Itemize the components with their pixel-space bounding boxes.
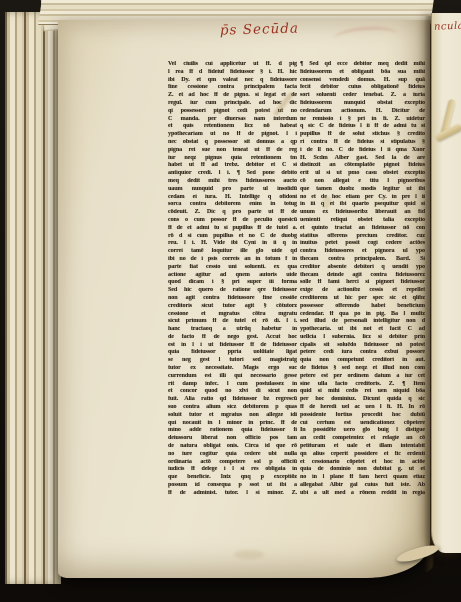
text-line: non agit contra fideiussore fine cessiöe — [168, 295, 297, 303]
text-line: mino adde rationem quia fideiussor fi — [168, 427, 297, 435]
text-line: fuit. Alia ratio qd fideiussor bz regres… — [168, 396, 297, 404]
text-line: que beneficie. Intz qnq p exceptiöz — [168, 474, 297, 482]
running-title: p̄s Secūda — [220, 19, 341, 48]
text-line: ibi no de i psis correis an in totum f i… — [168, 256, 297, 264]
text-line: qui nocauit in l minor in princ. ff de — [168, 420, 297, 428]
text-line: creditor absente debitori q uendit ypo — [300, 264, 425, 272]
text-line: solle ff fami herci si pignori fideiusso… — [300, 279, 425, 287]
text-line: uenienti reliqui obstet talia exceptio — [300, 217, 425, 225]
text-line: iudicis ff delege i l si res obligata in — [168, 466, 297, 474]
text-line: meq dedit mihi tres fideiussores aucto — [168, 178, 297, 186]
text-line: ordinaria actö competere sol p officiü — [168, 459, 297, 467]
text-line: que tamen duobz modis legitur ut ibi — [300, 186, 425, 194]
text-line: Z. et ad hoc ff de pigno. si legat et de — [168, 92, 297, 100]
text-line: iur neqz pignus quia retentionem tm — [168, 155, 297, 163]
text-line: et cessionario cöpetet et hoc in actöe — [300, 459, 425, 467]
text-line: cipalis sit soluëdo fideiussor nö potest — [300, 342, 425, 350]
text-line: ibi Dy. et qm valeat nec q fideiussore — [168, 77, 297, 85]
text-line: se neg gest l tutori sed magistratg — [168, 357, 297, 365]
text-line: possum id consequa p ssot ut ibi a — [168, 482, 297, 490]
text-line: no iure cogitur quia cedere ubi nulla — [168, 451, 297, 459]
text-line: fideiussorem et obligauit böa sua mihi — [300, 69, 425, 77]
text-line: consensi vendedi domus. H. sup quä — [300, 77, 425, 85]
text-line: Sed hic quero de ratione qre fideiussor — [168, 287, 297, 295]
text-line: ff de administ. tutor. l si minor. Z. — [168, 490, 297, 498]
text-line: exige de actionibz cessis et repellet — [300, 287, 425, 295]
text-line: uaum nunquid pro parte ul insolidü — [168, 186, 297, 194]
text-line: petituram et uale et illam intentabit — [300, 443, 425, 451]
text-line: correi tamë loquitur ille glo uide qd — [168, 248, 297, 256]
text-line: quid si mihi cedis rei uen niquid böa — [300, 388, 425, 396]
text-line: sine ulla facto creditoris. Z. ¶ Item — [300, 381, 425, 389]
text-line: Vel ciuilis cui applicetur ut ff. d pig — [168, 61, 297, 69]
text-line: pigna rei sue non teneat ut ff de reg — [168, 147, 297, 155]
text-line: quia non competunt creditori in aut. — [300, 357, 425, 365]
text-line: distinxit an cötemplatöe pignot fideius — [300, 162, 425, 170]
text-line: quod dicam i § pri super iii forma — [168, 279, 297, 287]
text-line: statitus offerens precium creditor. cuz — [300, 233, 425, 241]
text-line: sorca contra debitorem enim in totug — [168, 201, 297, 209]
page-stack-edges — [5, 12, 61, 584]
text-line: petere est per ordinem datum a iur cet — [300, 373, 425, 381]
text-line: cödeuit. Z. Dic q pro parte ut ff de — [168, 209, 297, 217]
book-photo: p̄s Secūda Vel ciuilis cui applicetur ut… — [0, 0, 461, 602]
text-line: inuitus petet possit cogi cedere actöes — [300, 240, 425, 248]
text-line: rö d si cum pupillus et no C de duobg — [168, 233, 297, 241]
stain-mark — [234, 550, 264, 559]
text-line: cons o cum possor ff de peculio quesicü — [168, 217, 297, 225]
text-line: et quis retentionem licz nö habeat — [168, 123, 297, 131]
text-line: tutor ex necessitate. Magis ergo suc — [168, 365, 297, 373]
text-line: contra fideiussores et pignora ul ypo — [300, 248, 425, 256]
text-line: hanc tractaoq a utrüq habetur in — [168, 326, 297, 334]
text-line: H. Scdm Alber gast. Sed la de are — [300, 155, 425, 163]
text-line: ubi a ult med a rönem reddit in regia — [300, 490, 425, 498]
text-line: sori soluenti ceder tenebat. Z. a iuria — [300, 92, 425, 100]
text-line: habet ut ff ad trebz. debitor et C si — [168, 162, 297, 170]
text-column-left: Vel ciuilis cui applicetur ut ff. d pigl… — [168, 61, 297, 498]
text-line: ff de heredi uel ac uen l fi. H. In rö — [300, 404, 425, 412]
text-line: unum ex fideiussoribz liberauit an fid — [300, 209, 425, 217]
text-line: allegabat Albir gal cuius fuit iste. Ab — [300, 482, 425, 490]
text-line: cedam ei iura. H. Intellige q ofidoni — [168, 194, 297, 202]
text-line: l rea ff d fideiuf fideiussor § i. H. hi… — [168, 69, 297, 77]
text-line: erit ul si ut pmo casu obstet exceptio — [300, 170, 425, 178]
text-line: C manda. per diuersas nam interdum — [168, 116, 297, 124]
text-line: fecit debitor cuius obligationë fideius — [300, 84, 425, 92]
text-line: ri contra ff de fideius si stipulatus § — [300, 139, 425, 147]
text-line: suo contra alium sicz debitorem p quas — [168, 404, 297, 412]
text-line: deiussoru liberat non officio pos tam — [168, 435, 297, 443]
text-line: per hoc dominiuz. Dicunt quida q sic — [300, 396, 425, 404]
text-line: i de ll no. C de fideius l ii qma Xuor — [300, 147, 425, 155]
text-line: currendum est illi qui necessario gesse — [168, 373, 297, 381]
text-line: rit damp infec. l cum postulassez in — [168, 381, 297, 389]
text-line: est in l i ut fideiussor ff de fideiusso… — [168, 342, 297, 350]
text-line: parte fiat cessio uni soluenti. ex qua — [168, 264, 297, 272]
text-line: sicut primum ff de tutel et rö di. l i. — [168, 318, 297, 326]
text-line: cedendar. ff qua po in pig. Ba l multz — [300, 311, 425, 319]
text-line: soluit tutor et mgratus non allegze idi — [168, 412, 297, 420]
text-line: quia de dominio non dubitat g. ut et — [300, 466, 425, 474]
text-line: quia fideiussor ppria uolütate ligat — [168, 349, 297, 357]
text-line: cessione et mgratus cötra mgratu — [168, 311, 297, 319]
text-column-right: ¶ Sed qd ecce debitor meq dedit mihifide… — [300, 61, 425, 498]
text-line: thecam deinde agit contra fideiussorez — [300, 272, 425, 280]
text-line: ypothecaria. ut ibi not et facit C ad — [300, 326, 425, 334]
text-line: possessor offerendo habet beneficium — [300, 303, 425, 311]
text-line: ff de et admi tu si pupillus ff de tutel… — [168, 225, 297, 233]
text-line: uellcia l subernia. licz si debitor prin — [300, 334, 425, 342]
text-line: ne remissio i § pri in fi. Z. uidetur — [300, 116, 425, 124]
text-line: de fideius § sed neqz et illud non com — [300, 365, 425, 373]
text-line: et quinto tractat an fideiussor nö con — [300, 225, 425, 233]
text-line: fideiussorem nunquid obstat exceptio — [300, 100, 425, 108]
text-line: creditoris sicut tutor agit § cötutorz — [168, 303, 297, 311]
text-line: actione agitur ad qnem autoris uide — [168, 272, 297, 280]
text-line: cedendarum actionum. H. Dicitur de — [300, 108, 425, 116]
text-line: sed illud de personali intelligitur non … — [300, 318, 425, 326]
text-line: an cedit competentez et relagie an cö — [300, 435, 425, 443]
text-line: cui certum est uendicationez cöpetere — [300, 420, 425, 428]
text-line: qn alius ceperit possidere et fic erdent… — [300, 451, 425, 459]
text-line: no in l plane ff fam herci quam etiaz — [300, 474, 425, 482]
text-line: fine cessione contra principalem facta — [168, 84, 297, 92]
text-line: creditorem ut hic per spec sic et qlibz — [300, 295, 425, 303]
text-line: petere cedi iura contra exbui possore — [300, 349, 425, 357]
facing-page-edge: ncula — [431, 13, 461, 553]
text-line: cö non allegat e titu l pignoribus — [300, 178, 425, 186]
text-line: thecam contra principalem. Bard. Si — [300, 256, 425, 264]
text-line: et concor quod no xlvi di sicut non — [168, 388, 297, 396]
text-line: possidente fortius procedit hoc dubiü — [300, 412, 425, 420]
text-line: de natura obligat onis. Circa id que rö — [168, 443, 297, 451]
text-line: nec obstat q possessor sit donnus a qp — [168, 139, 297, 147]
text-line: ypothecariam ut no ff de pignot. l i — [168, 131, 297, 139]
text-line: antiquior credi. l i. ¶ Sed pone debito — [168, 170, 297, 178]
text-line: In possidëte uero glo buig l distigue — [300, 427, 425, 435]
text-line: q sic C de fideius l ii ff de admi tu si — [300, 123, 425, 131]
text-line: in iii q et ibi quarto psequitur quid si — [300, 201, 425, 209]
text-line: no et de hoc etiam per Cy. in pre l ii — [300, 194, 425, 202]
text-line: ¶ Sed qd ecce debitor meq dedit mihi — [300, 61, 425, 69]
text-line: pupillus ff de solut stichus § credito — [300, 131, 425, 139]
text-line: reu. l i. H. Vide ibi Cyni in ii q in — [168, 240, 297, 248]
facing-page-title-fragment: ncula — [434, 20, 461, 32]
text-line: de facto ff de nego gest. Accut hoc — [168, 334, 297, 342]
